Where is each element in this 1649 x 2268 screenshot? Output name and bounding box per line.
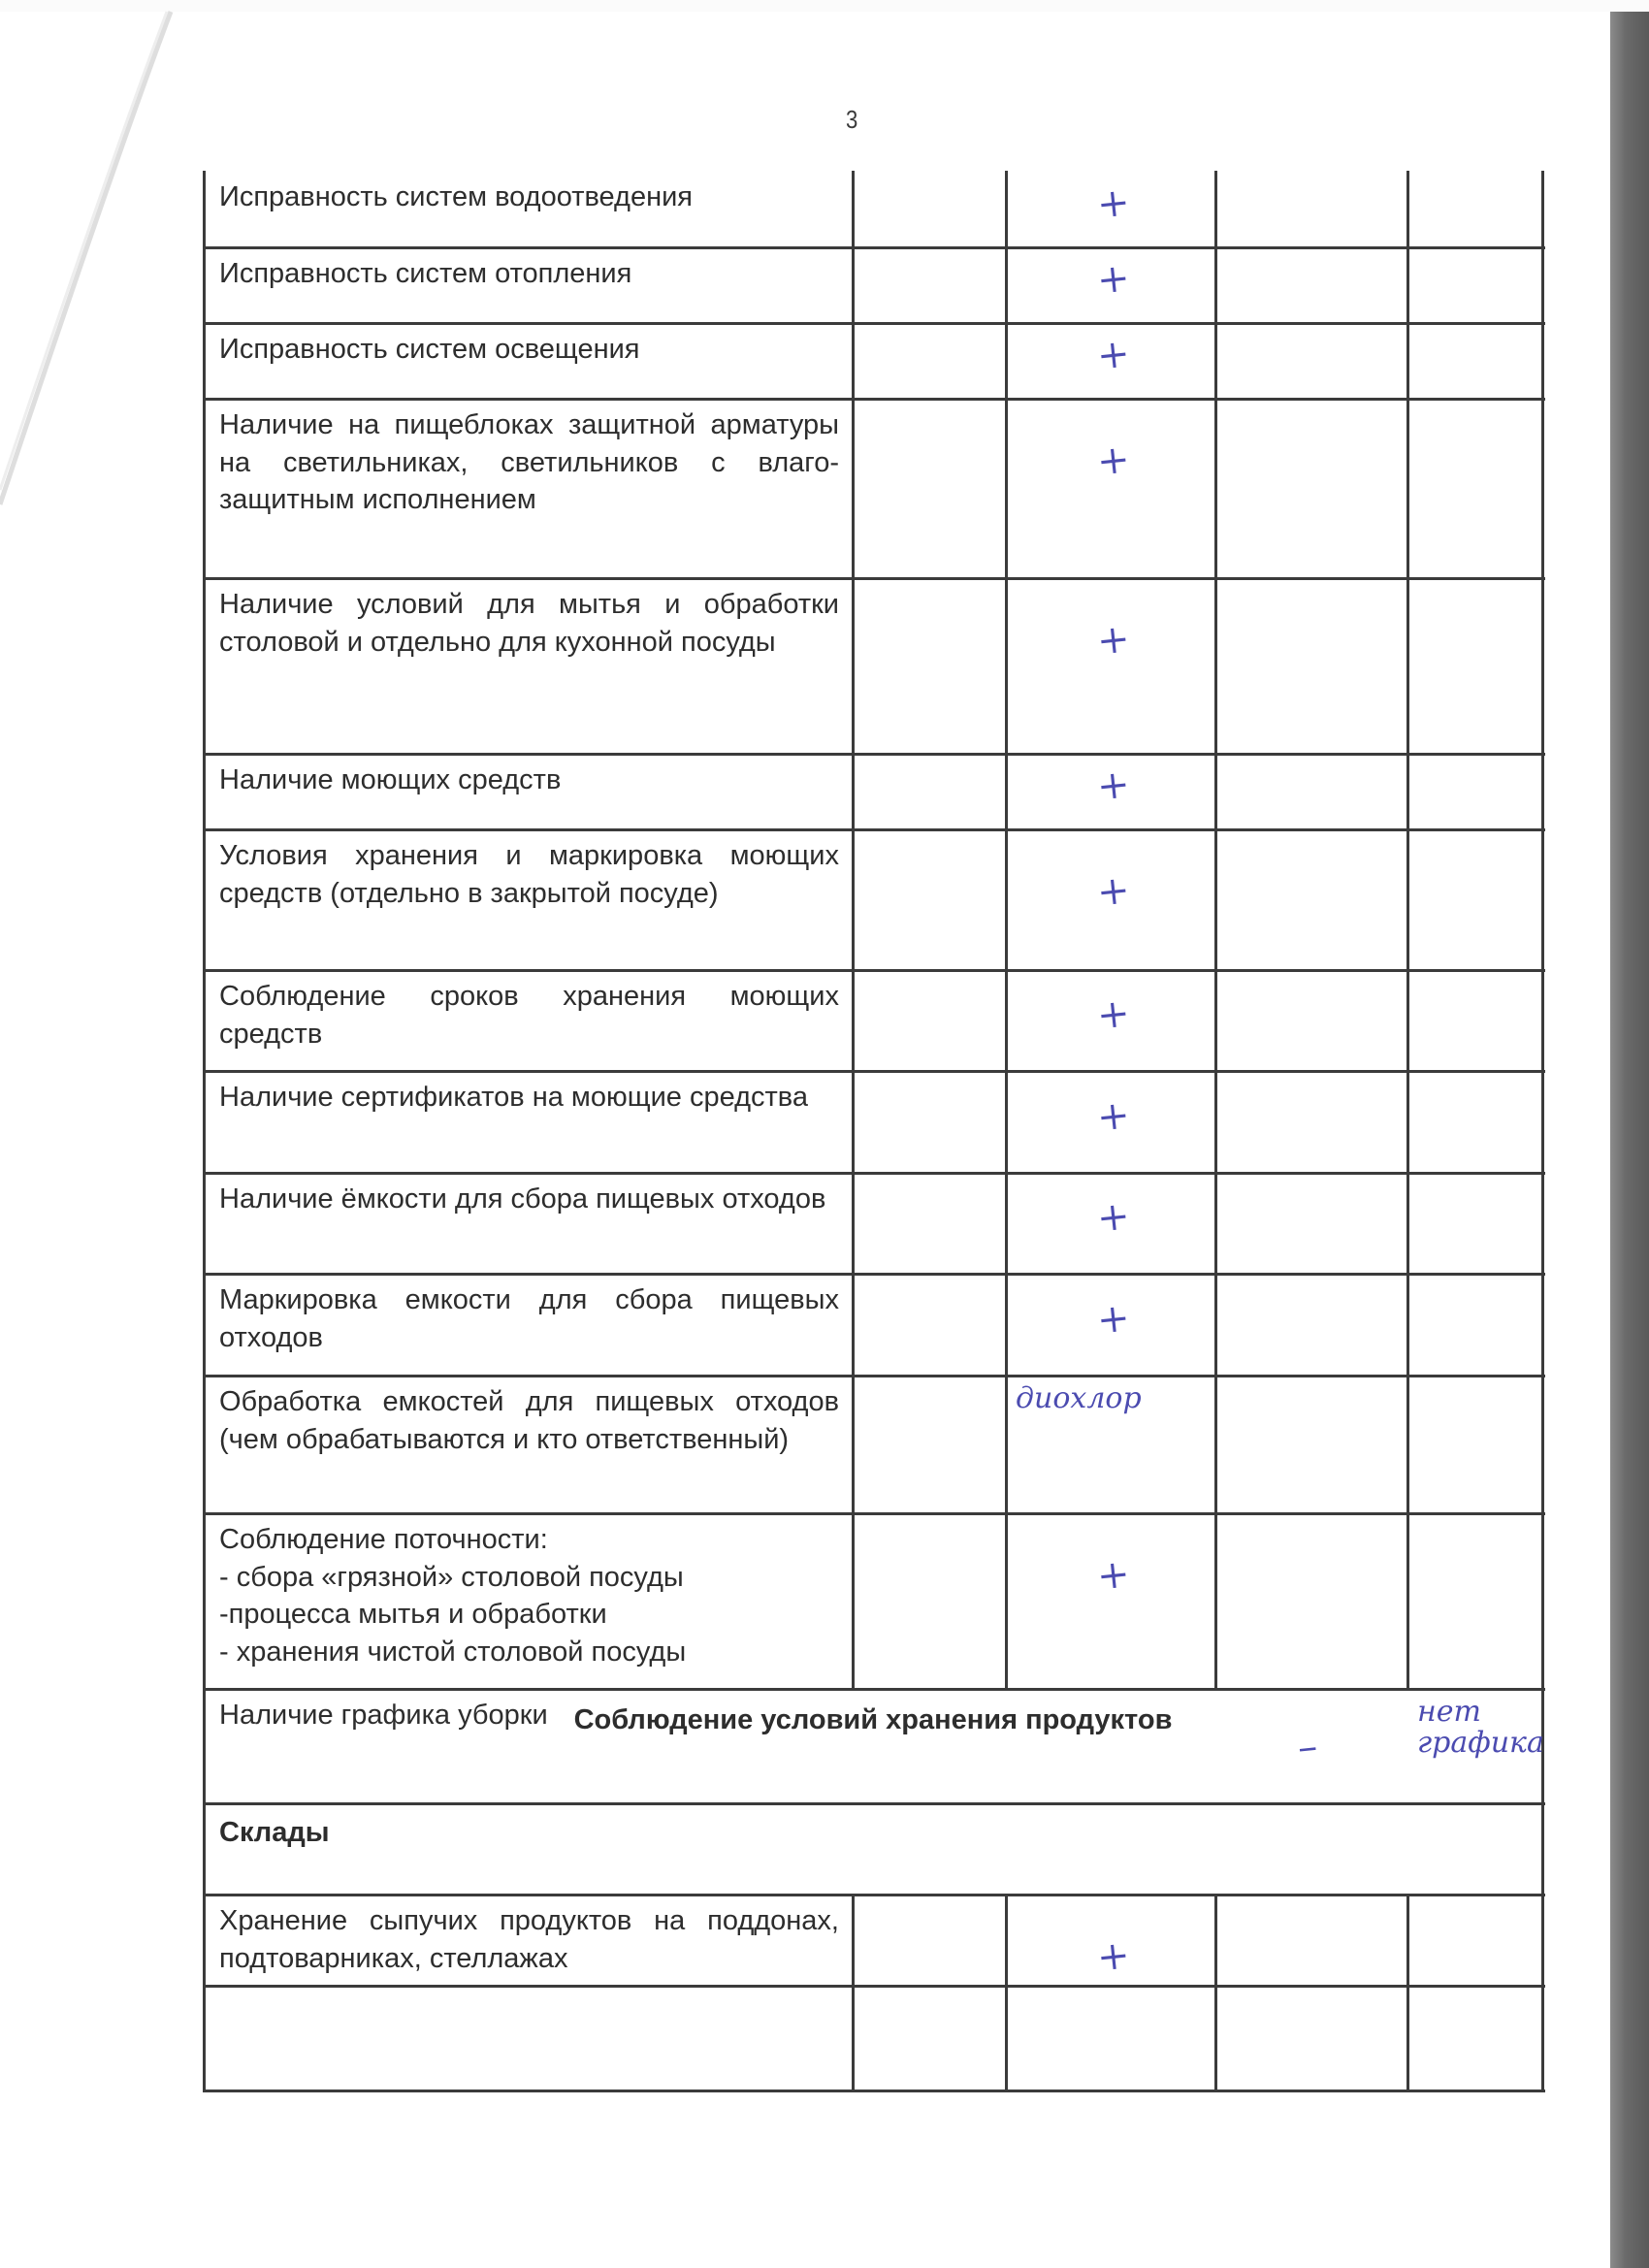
table-rule [204,969,1545,972]
table-rule [204,828,1545,831]
criterion-label: Хранение сыпучих продуктов на поддонах, … [219,1902,839,1977]
criterion-label: Соблюдение сроков хранения моющих средст… [219,978,839,1053]
table-rule [204,246,1545,249]
handwritten-plus-mark: + [1095,619,1132,661]
table-rule [1005,171,1008,1691]
criterion-line: Соблюдение поточности: [219,1521,839,1559]
criterion-label: Маркировка емкости для сбора пищевых отх… [219,1281,839,1356]
table-rule [204,398,1545,401]
table-rule [1406,1895,1409,2092]
handwritten-note: диохлор [1016,1383,1245,1414]
criterion-label: Исправность систем водоотведения [219,178,839,216]
table-rule [204,1172,1545,1175]
criterion-label: Наличие моющих средств [219,761,839,799]
criterion-label: Наличие на пищеблоках защитной арматуры … [219,406,839,519]
table-rule [204,1273,1545,1276]
table-rule [204,577,1545,580]
table-rule [204,1802,1545,1805]
criterion-line: - сбора «грязной» столовой посуды [219,1559,839,1597]
table-rule [1214,1895,1217,2092]
scanner-edge [1610,12,1649,2268]
scan-top-edge [0,0,1649,12]
table-rule [203,171,206,1691]
table-rule [204,1985,1545,1988]
table-rule [1406,171,1409,1691]
table-rule [204,1688,1545,1691]
table-rule [204,1375,1545,1377]
criterion-label: Наличие сертификатов на моющие средства [219,1079,839,1117]
handwritten-plus-mark: + [1095,258,1132,300]
table-rule [204,1070,1545,1073]
table-rule [204,1894,1545,1896]
criterion-label: Исправность систем освещения [219,331,839,369]
handwritten-plus-mark: + [1095,1554,1132,1596]
handwritten-plus-mark: + [1095,439,1132,481]
table-rule [204,2090,1545,2092]
criterion-label: Наличие ёмкости для сбора пищевых отходо… [219,1181,839,1218]
handwritten-plus-mark: + [1095,334,1132,375]
handwritten-plus-mark: + [1095,764,1132,806]
criterion-label: Обработка емкостей для пищевых отходов (… [219,1383,839,1458]
criterion-line: - хранения чистой столовой посуды [219,1634,839,1671]
table-rule [204,1512,1545,1515]
table-rule [203,1689,206,2092]
page-number: 3 [846,105,857,135]
table-rule [1214,171,1217,1691]
handwritten-plus-mark: + [1095,1935,1132,1977]
table-rule [852,1895,855,2092]
criterion-label: Соблюдение поточности:- сбора «грязной» … [219,1521,839,1670]
table-rule [204,753,1545,756]
table-rule [852,171,855,1691]
handwritten-plus-mark: + [1095,993,1132,1035]
handwritten-plus-mark: + [1095,1298,1132,1340]
handwritten-plus-mark: + [1095,870,1132,912]
handwritten-plus-mark: + [1095,182,1132,224]
section-heading: Соблюдение условий хранения продуктов [204,1704,1542,1736]
table-rule [204,322,1545,325]
criterion-label: Наличие условий для мытья и обработки ст… [219,586,839,661]
table-rule [1541,171,1544,1691]
criterion-label: Условия хранения и маркировка моющих сре… [219,837,839,912]
subsection-heading: Склады [219,1817,330,1849]
criterion-line: -процесса мытья и обработки [219,1596,839,1634]
table-rule [1005,1895,1008,2092]
criterion-label: Исправность систем отопления [219,255,839,293]
handwritten-plus-mark: + [1095,1196,1132,1238]
handwritten-plus-mark: + [1095,1095,1132,1137]
